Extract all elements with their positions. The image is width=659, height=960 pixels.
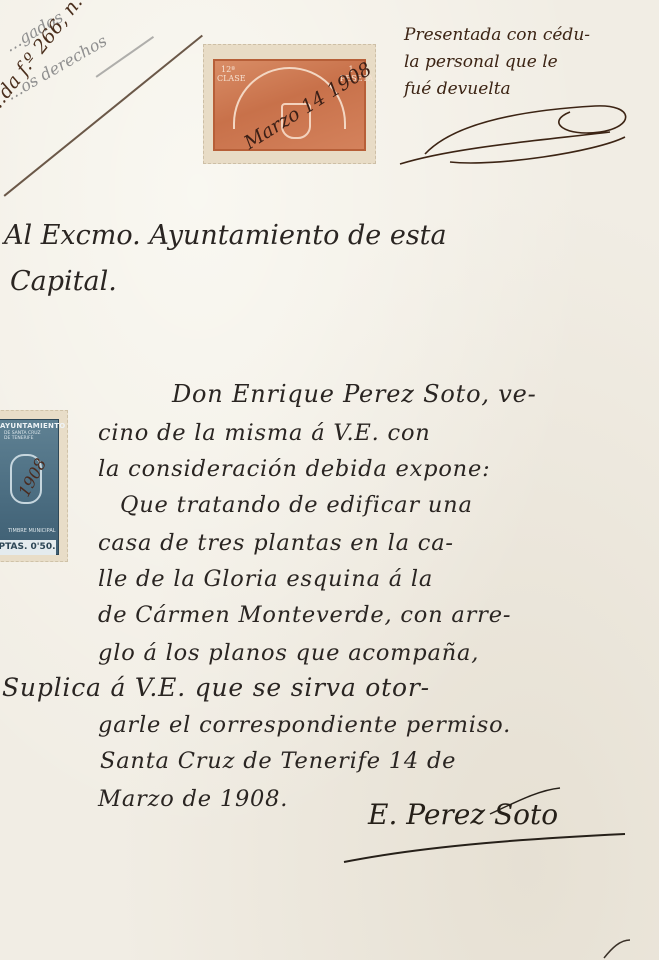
rubric-flourish-icon [395, 92, 645, 172]
body-line: de Cármen Monteverde, con arre- [98, 602, 511, 628]
body-line: Marzo de 1908. [98, 786, 288, 812]
salutation-line-1: Al Excmo. Ayuntamiento de esta [4, 220, 447, 251]
body-line: Suplica á V.E. que se sirva otor- [2, 673, 430, 702]
partial-ink-stroke-icon [600, 938, 640, 960]
body-line: casa de tres plantas en la ca- [98, 530, 454, 556]
body-line: Santa Cruz de Tenerife 14 de [100, 748, 456, 774]
municipal-stamp-engraving: AYUNTAMIENTO DE SANTA CRUZ DE TENERIFE 1… [0, 419, 59, 555]
body-line: glo á los planos que acompaña, [98, 640, 479, 666]
stamp-engraving: 12ª CLASE 1 PESETA Marzo 14 1908 [213, 59, 366, 151]
municipal-stamp-value: PTAS. 0'50. [0, 540, 56, 555]
municipal-stamp-subheader: DE SANTA CRUZ DE TENERIFE [4, 431, 41, 441]
stamp-class-label: 12ª CLASE [217, 65, 239, 83]
salutation-line-2: Capital. [10, 266, 117, 297]
body-line: cino de la misma á V.E. con [98, 420, 431, 446]
municipal-stamp-label: TIMBRE MUNICIPAL [8, 528, 56, 534]
fiscal-revenue-stamp: 12ª CLASE 1 PESETA Marzo 14 1908 [203, 44, 376, 164]
body-line: la consideración debida expone: [98, 456, 490, 482]
admin-note-line: Presentada con cédu- [404, 22, 659, 49]
admin-note-line: la personal que le [404, 49, 659, 76]
body-line: Que tratando de edificar una [120, 492, 473, 518]
municipal-stamp-header: AYUNTAMIENTO [0, 422, 66, 430]
body-line: Don Enrique Perez Soto, ve- [172, 380, 537, 408]
municipal-stamp: AYUNTAMIENTO DE SANTA CRUZ DE TENERIFE 1… [0, 410, 68, 562]
admin-note: Presentada con cédu- la personal que le … [404, 22, 659, 103]
body-line: garle el correspondiente permiso. [98, 712, 511, 738]
signature-underline-icon [340, 780, 640, 870]
body-line: lle de la Gloria esquina á la [98, 566, 433, 592]
municipal-stamp-subheader-line: DE TENERIFE [4, 436, 41, 441]
